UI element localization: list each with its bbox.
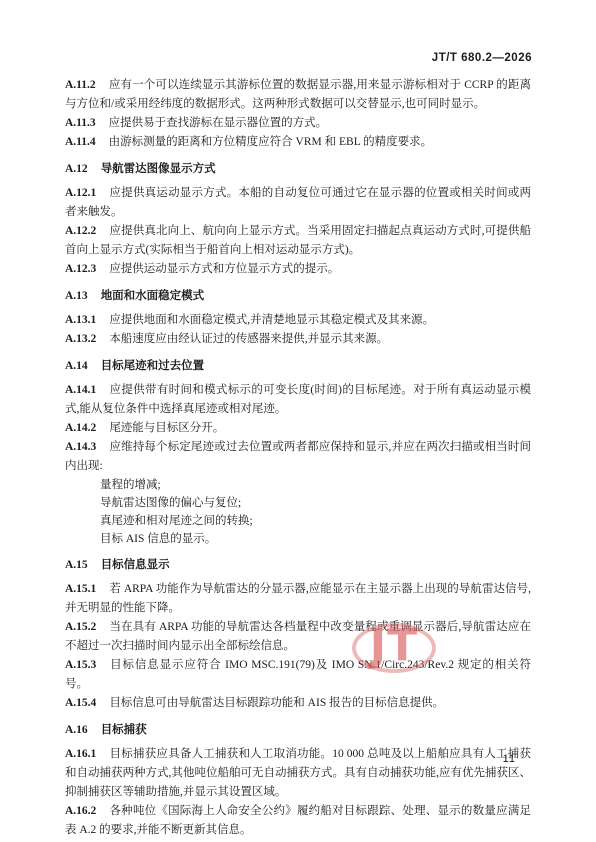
clause-text: 导航雷达图像显示方式 — [101, 163, 216, 175]
clause-text: 应提供易于查找游标在显示器位置的方式。 — [109, 117, 328, 129]
clause-paragraph: A.15.2当在具有 ARPA 功能的导航雷达各档量程中改变量程或重调显示器后,… — [65, 618, 531, 656]
section-heading: A.13地面和水面稳定模式 — [65, 287, 531, 306]
clause-number: A.13.2 — [65, 333, 96, 345]
document-page: JT/T 680.2—2026 A.11.2应有一个可以连续显示其游标位置的数据… — [0, 0, 596, 842]
section-heading: A.15目标信息显示 — [65, 556, 531, 575]
clause-paragraph: A.16.2各种吨位《国际海上人命安全公约》履约船对目标跟踪、处理、显示的数量应… — [65, 802, 531, 840]
clause-number: A.16.2 — [65, 805, 96, 817]
clause-number: A.16.1 — [65, 748, 96, 760]
clause-paragraph: A.12.3应提供运动显示方式和方位显示方式的提示。 — [65, 260, 531, 279]
clause-paragraph: A.14.1应提供带有时间和模式标示的可变长度(时间)的目标尾迹。对于所有真运动… — [65, 381, 531, 419]
clause-paragraph: A.11.4由游标测量的距离和方位精度应符合 VRM 和 EBL 的精度要求。 — [65, 133, 531, 152]
clause-text: 应提供真北向上、航向向上显示方式。当采用固定扫描起点真运动方式时,可提供船首向上… — [65, 225, 531, 256]
clause-number: A.14.3 — [65, 441, 96, 453]
clause-text: 目标尾迹和过去位置 — [101, 360, 205, 372]
clause-number: A.13.1 — [65, 314, 96, 326]
list-item: 真尾迹和相对尾迹之间的转换; — [100, 512, 531, 530]
clause-text: 尾迹能与目标区分开。 — [109, 422, 224, 434]
clause-number: A.13 — [65, 290, 88, 302]
clause-text: 若 ARPA 功能作为导航雷达的分显示器,应能显示在主显示器上出现的导航雷达信号… — [65, 583, 531, 614]
clause-paragraph: A.15.3目标信息显示应符合 IMO MSC.191(79)及 IMO SN.… — [65, 656, 531, 694]
sub-item-list: 量程的增减;导航雷达图像的偏心与复位;真尾迹和相对尾迹之间的转换;目标 AIS … — [65, 476, 531, 548]
clause-text: 本船速度应由经认证过的传感器来提供,并显示其来源。 — [109, 333, 388, 345]
clause-text: 应有一个可以连续显示其游标位置的数据显示器,用来显示游标相对于 CCRP 的距离… — [65, 79, 531, 110]
clause-number: A.11.2 — [65, 79, 96, 91]
clause-number: A.14.1 — [65, 384, 96, 396]
clause-number: A.11.4 — [65, 136, 96, 148]
clause-text: 目标信息显示 — [101, 559, 170, 571]
clause-paragraph: A.16.1目标捕获应具备人工捕获和人工取消功能。10 000 总吨及以上船舶应… — [65, 745, 531, 802]
clause-paragraph: A.14.3应维持每个标定尾迹或过去位置或两者都应保持和显示,并应在两次扫描或相… — [65, 438, 531, 476]
clause-paragraph: A.15.4目标信息可由导航雷达目标跟踪功能和 AIS 报告的目标信息提供。 — [65, 694, 531, 713]
clause-text: 应提供运动显示方式和方位显示方式的提示。 — [109, 263, 339, 275]
clause-text: 目标捕获应具备人工捕获和人工取消功能。10 000 总吨及以上船舶应具有人工捕获… — [65, 748, 531, 798]
list-item: 量程的增减; — [100, 476, 531, 494]
document-body: A.11.2应有一个可以连续显示其游标位置的数据显示器,用来显示游标相对于 CC… — [65, 76, 531, 840]
list-item: 目标 AIS 信息的显示。 — [100, 530, 531, 548]
clause-text: 地面和水面稳定模式 — [101, 290, 205, 302]
clause-number: A.15.4 — [65, 697, 96, 709]
clause-paragraph: A.11.3应提供易于查找游标在显示器位置的方式。 — [65, 114, 531, 133]
clause-paragraph: A.12.2应提供真北向上、航向向上显示方式。当采用固定扫描起点真运动方式时,可… — [65, 222, 531, 260]
clause-paragraph: A.12.1应提供真运动显示方式。本船的自动复位可通过它在显示器的位置或相关时间… — [65, 184, 531, 222]
clause-number: A.15.3 — [65, 659, 96, 671]
page-number: 11 — [503, 753, 516, 765]
clause-text: 目标捕获 — [101, 724, 147, 736]
section-heading: A.12导航雷达图像显示方式 — [65, 160, 531, 179]
clause-text: 目标信息可由导航雷达目标跟踪功能和 AIS 报告的目标信息提供。 — [109, 697, 444, 709]
clause-paragraph: A.15.1若 ARPA 功能作为导航雷达的分显示器,应能显示在主显示器上出现的… — [65, 580, 531, 618]
clause-number: A.12.1 — [65, 187, 96, 199]
clause-text: 应提供真运动显示方式。本船的自动复位可通过它在显示器的位置或相关时间或两者来触发… — [65, 187, 531, 218]
clause-number: A.12.3 — [65, 263, 96, 275]
clause-number: A.12.2 — [65, 225, 96, 237]
doc-number: JT/T 680.2—2026 — [432, 52, 532, 64]
clause-text: 当在具有 ARPA 功能的导航雷达各档量程中改变量程或重调显示器后,导航雷达应在… — [65, 621, 531, 652]
clause-number: A.11.3 — [65, 117, 96, 129]
clause-paragraph: A.13.1应提供地面和水面稳定模式,并清楚地显示其稳定模式及其来源。 — [65, 311, 531, 330]
clause-number: A.14.2 — [65, 422, 96, 434]
clause-text: 应提供地面和水面稳定模式,并清楚地显示其稳定模式及其来源。 — [109, 314, 434, 326]
section-heading: A.14目标尾迹和过去位置 — [65, 357, 531, 376]
clause-number: A.15.1 — [65, 583, 96, 595]
clause-paragraph: A.14.2尾迹能与目标区分开。 — [65, 419, 531, 438]
clause-number: A.16 — [65, 724, 88, 736]
clause-number: A.15 — [65, 559, 88, 571]
clause-paragraph: A.13.2本船速度应由经认证过的传感器来提供,并显示其来源。 — [65, 330, 531, 349]
list-item: 导航雷达图像的偏心与复位; — [100, 494, 531, 512]
clause-text: 目标信息显示应符合 IMO MSC.191(79)及 IMO SN.1/Circ… — [65, 659, 531, 690]
clause-text: 各种吨位《国际海上人命安全公约》履约船对目标跟踪、处理、显示的数量应满足表 A.… — [65, 805, 531, 836]
clause-text: 应提供带有时间和模式标示的可变长度(时间)的目标尾迹。对于所有真运动显示模式,能… — [65, 384, 531, 415]
clause-number: A.15.2 — [65, 621, 96, 633]
clause-paragraph: A.11.2应有一个可以连续显示其游标位置的数据显示器,用来显示游标相对于 CC… — [65, 76, 531, 114]
section-heading: A.16目标捕获 — [65, 721, 531, 740]
clause-number: A.14 — [65, 360, 88, 372]
clause-text: 应维持每个标定尾迹或过去位置或两者都应保持和显示,并应在两次扫描或相当时间内出现… — [65, 441, 531, 472]
clause-text: 由游标测量的距离和方位精度应符合 VRM 和 EBL 的精度要求。 — [109, 136, 433, 148]
clause-number: A.12 — [65, 163, 88, 175]
